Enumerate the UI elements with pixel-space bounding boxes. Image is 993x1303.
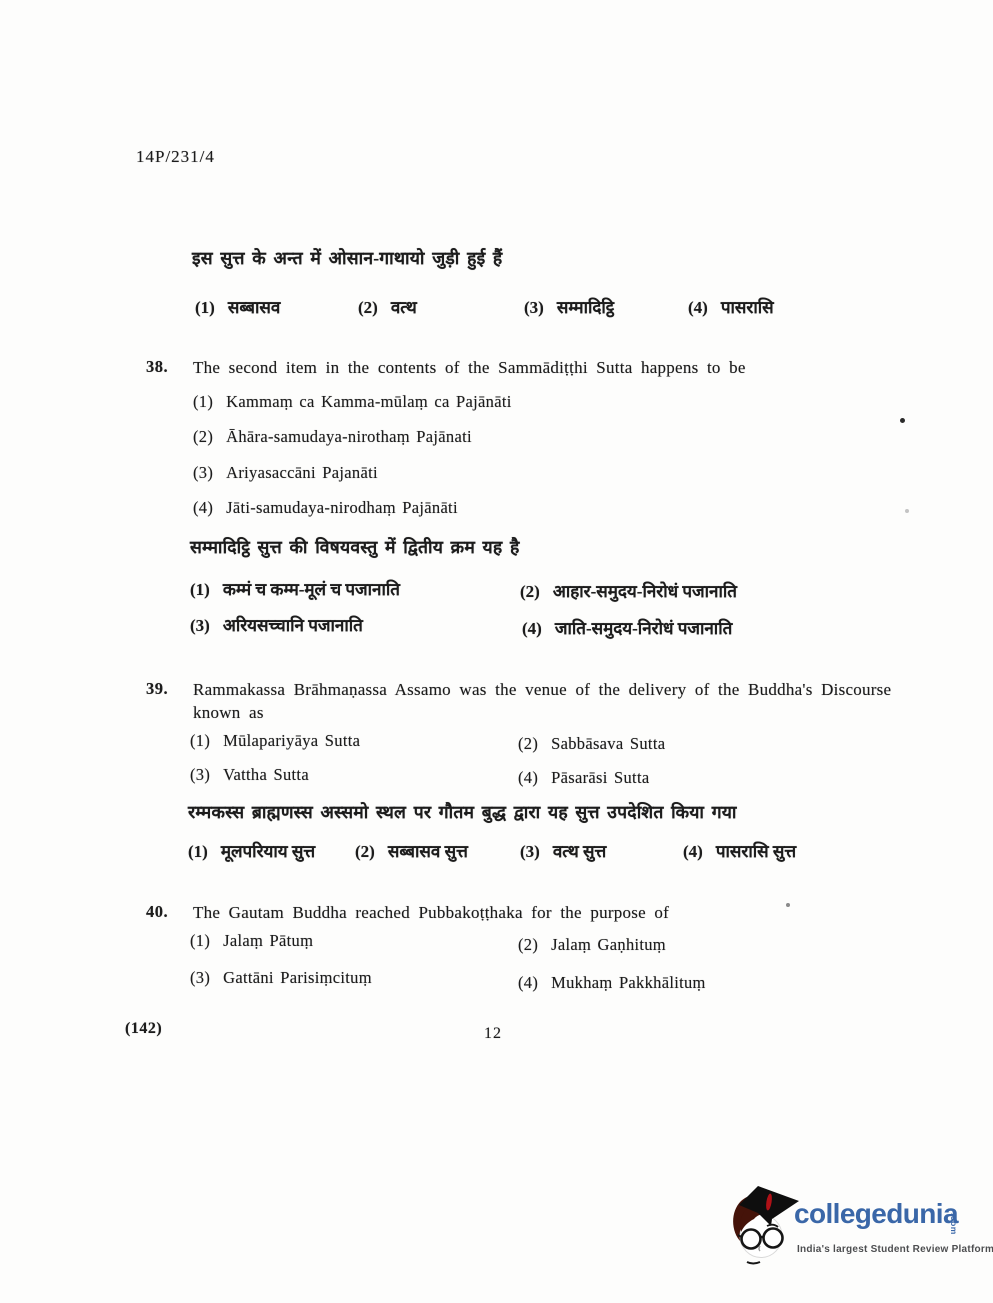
option-label: Jāti-samudaya-nirodhaṃ Pajānāti (226, 498, 458, 518)
paper-code: 14P/231/4 (136, 147, 215, 167)
question-39-text: Rammakassa Brāhmaṇassa Assamo was the ve… (193, 678, 893, 724)
option-number: (4) (518, 973, 538, 993)
option-label: Mūlapariyāya Sutta (223, 731, 360, 751)
option-label: सब्बासव (228, 295, 281, 318)
option-number: (4) (688, 298, 708, 318)
scan-artifact-dot (905, 509, 909, 513)
option-number: (4) (683, 842, 703, 862)
option-number: (1) (190, 731, 210, 751)
scanned-exam-page: 14P/231/4 इस सुत्त के अन्त में ओसान-गाथा… (0, 0, 993, 1303)
q38-hindi-option-1: (1) कम्मं च कम्म-मूलं च पजानाति (190, 577, 400, 600)
option-label: कम्मं च कम्म-मूलं च पजानाति (223, 577, 400, 600)
question-38-text: The second item in the contents of the S… (193, 356, 893, 379)
question-39-number: 39. (146, 679, 168, 699)
option-label: सब्बासव सुत्त (388, 839, 468, 862)
q40-option-2: (2) Jalaṃ Gaṇhituṃ (518, 935, 666, 955)
option-number: (2) (355, 842, 375, 862)
q38-option-4: (4) Jāti-samudaya-nirodhaṃ Pajānāti (193, 498, 458, 518)
option-label: Gattāni Parisiṃcituṃ (223, 968, 372, 988)
option-number: (3) (524, 298, 544, 318)
question-40-number: 40. (146, 902, 168, 922)
intro-option-4: (4) पासरासि (688, 295, 774, 318)
option-label: वत्थ (391, 295, 417, 318)
intro-option-1: (1) सब्बासव (195, 295, 280, 318)
option-number: (4) (193, 498, 213, 518)
option-number: (4) (522, 619, 542, 639)
q38-hindi-option-4: (4) जाति-समुदय-निरोधं पजानाति (522, 616, 732, 639)
option-label: Pāsarāsi Sutta (551, 768, 649, 788)
option-number: (3) (190, 968, 210, 988)
booklet-series: (142) (125, 1020, 162, 1038)
option-number: (2) (518, 935, 538, 955)
option-number: (1) (193, 392, 213, 412)
option-label: Ariyasaccāni Pajanāti (226, 463, 378, 483)
q38-hindi-option-3: (3) अरियसच्चानि पजानाति (190, 613, 363, 636)
option-number: (1) (188, 842, 208, 862)
option-number: (3) (190, 765, 210, 785)
intro-options-row: (1) सब्बासव (2) वत्थ (3) सम्मादिट्ठि (4)… (0, 295, 993, 321)
option-label: Āhāra-samudaya-nirothaṃ Pajānati (226, 427, 472, 447)
collegedunia-logo: collegedunia .com India's largest Studen… (727, 1186, 989, 1270)
option-label: सम्मादिट्ठि (557, 295, 614, 318)
intro-question-text-hindi: इस सुत्त के अन्त में ओसान-गाथायो जुड़ी ह… (192, 245, 502, 271)
question-38-text-hindi: सम्मादिट्ठि सुत्त की विषयवस्तु में द्वित… (190, 534, 519, 560)
intro-option-3: (3) सम्मादिट्ठि (524, 295, 614, 318)
q39-option-3: (3) Vattha Sutta (190, 765, 309, 785)
q40-option-1: (1) Jalaṃ Pātuṃ (190, 931, 313, 951)
collegedunia-domain-suffix: .com (949, 1213, 959, 1235)
option-label: पासरासि सुत्त (716, 839, 796, 862)
q39-hindi-option-1: (1) मूलपरियाय सुत्त (188, 839, 315, 862)
option-label: अरियसच्चानि पजानाति (223, 613, 363, 636)
option-number: (1) (195, 298, 215, 318)
q39-hindi-options-row: (1) मूलपरियाय सुत्त (2) सब्बासव सुत्त (3… (0, 839, 993, 865)
option-label: Vattha Sutta (223, 765, 309, 785)
q40-option-3: (3) Gattāni Parisiṃcituṃ (190, 968, 372, 988)
intro-option-2: (2) वत्थ (358, 295, 417, 318)
option-number: (3) (520, 842, 540, 862)
q38-option-1: (1) Kammaṃ ca Kamma-mūlaṃ ca Pajānāti (193, 392, 512, 412)
option-number: (2) (520, 582, 540, 602)
option-number: (3) (193, 463, 213, 483)
option-number: (2) (518, 734, 538, 754)
option-number: (1) (190, 931, 210, 951)
option-number: (2) (358, 298, 378, 318)
option-number: (1) (190, 580, 210, 600)
option-label: Sabbāsava Sutta (551, 734, 665, 754)
option-number: (3) (190, 616, 210, 636)
option-label: Kammaṃ ca Kamma-mūlaṃ ca Pajānāti (226, 392, 511, 412)
q38-hindi-option-2: (2) आहार-समुदय-निरोधं पजानाति (520, 579, 737, 602)
q40-option-4: (4) Mukhaṃ Pakkhālituṃ (518, 973, 706, 993)
q39-hindi-option-2: (2) सब्बासव सुत्त (355, 839, 468, 862)
option-label: मूलपरियाय सुत्त (221, 839, 315, 862)
option-label: पासरासि (721, 295, 774, 318)
scan-artifact-dot (786, 903, 790, 907)
q39-option-4: (4) Pāsarāsi Sutta (518, 768, 649, 788)
question-39-text-hindi: रम्मकस्स ब्राह्मणस्स अस्समो स्थल पर गौतम… (188, 799, 737, 825)
scan-artifact-dot (900, 418, 905, 423)
page-number: 12 (484, 1025, 502, 1043)
option-number: (2) (193, 427, 213, 447)
option-label: Mukhaṃ Pakkhālituṃ (551, 973, 706, 993)
option-label: वत्थ सुत्त (553, 839, 606, 862)
q39-hindi-option-4: (4) पासरासि सुत्त (683, 839, 796, 862)
q39-option-2: (2) Sabbāsava Sutta (518, 734, 665, 754)
collegedunia-tagline: India's largest Student Review Platform (797, 1244, 993, 1255)
option-label: जाति-समुदय-निरोधं पजानाति (555, 616, 732, 639)
q38-option-2: (2) Āhāra-samudaya-nirothaṃ Pajānati (193, 427, 472, 447)
option-number: (4) (518, 768, 538, 788)
option-label: Jalaṃ Pātuṃ (223, 931, 313, 951)
q39-option-1: (1) Mūlapariyāya Sutta (190, 731, 360, 751)
option-label: Jalaṃ Gaṇhituṃ (551, 935, 666, 955)
collegedunia-brand-text: collegedunia (794, 1198, 958, 1230)
q38-option-3: (3) Ariyasaccāni Pajanāti (193, 463, 378, 483)
q39-hindi-option-3: (3) वत्थ सुत्त (520, 839, 606, 862)
option-label: आहार-समुदय-निरोधं पजानाति (553, 579, 737, 602)
question-38-number: 38. (146, 357, 168, 377)
